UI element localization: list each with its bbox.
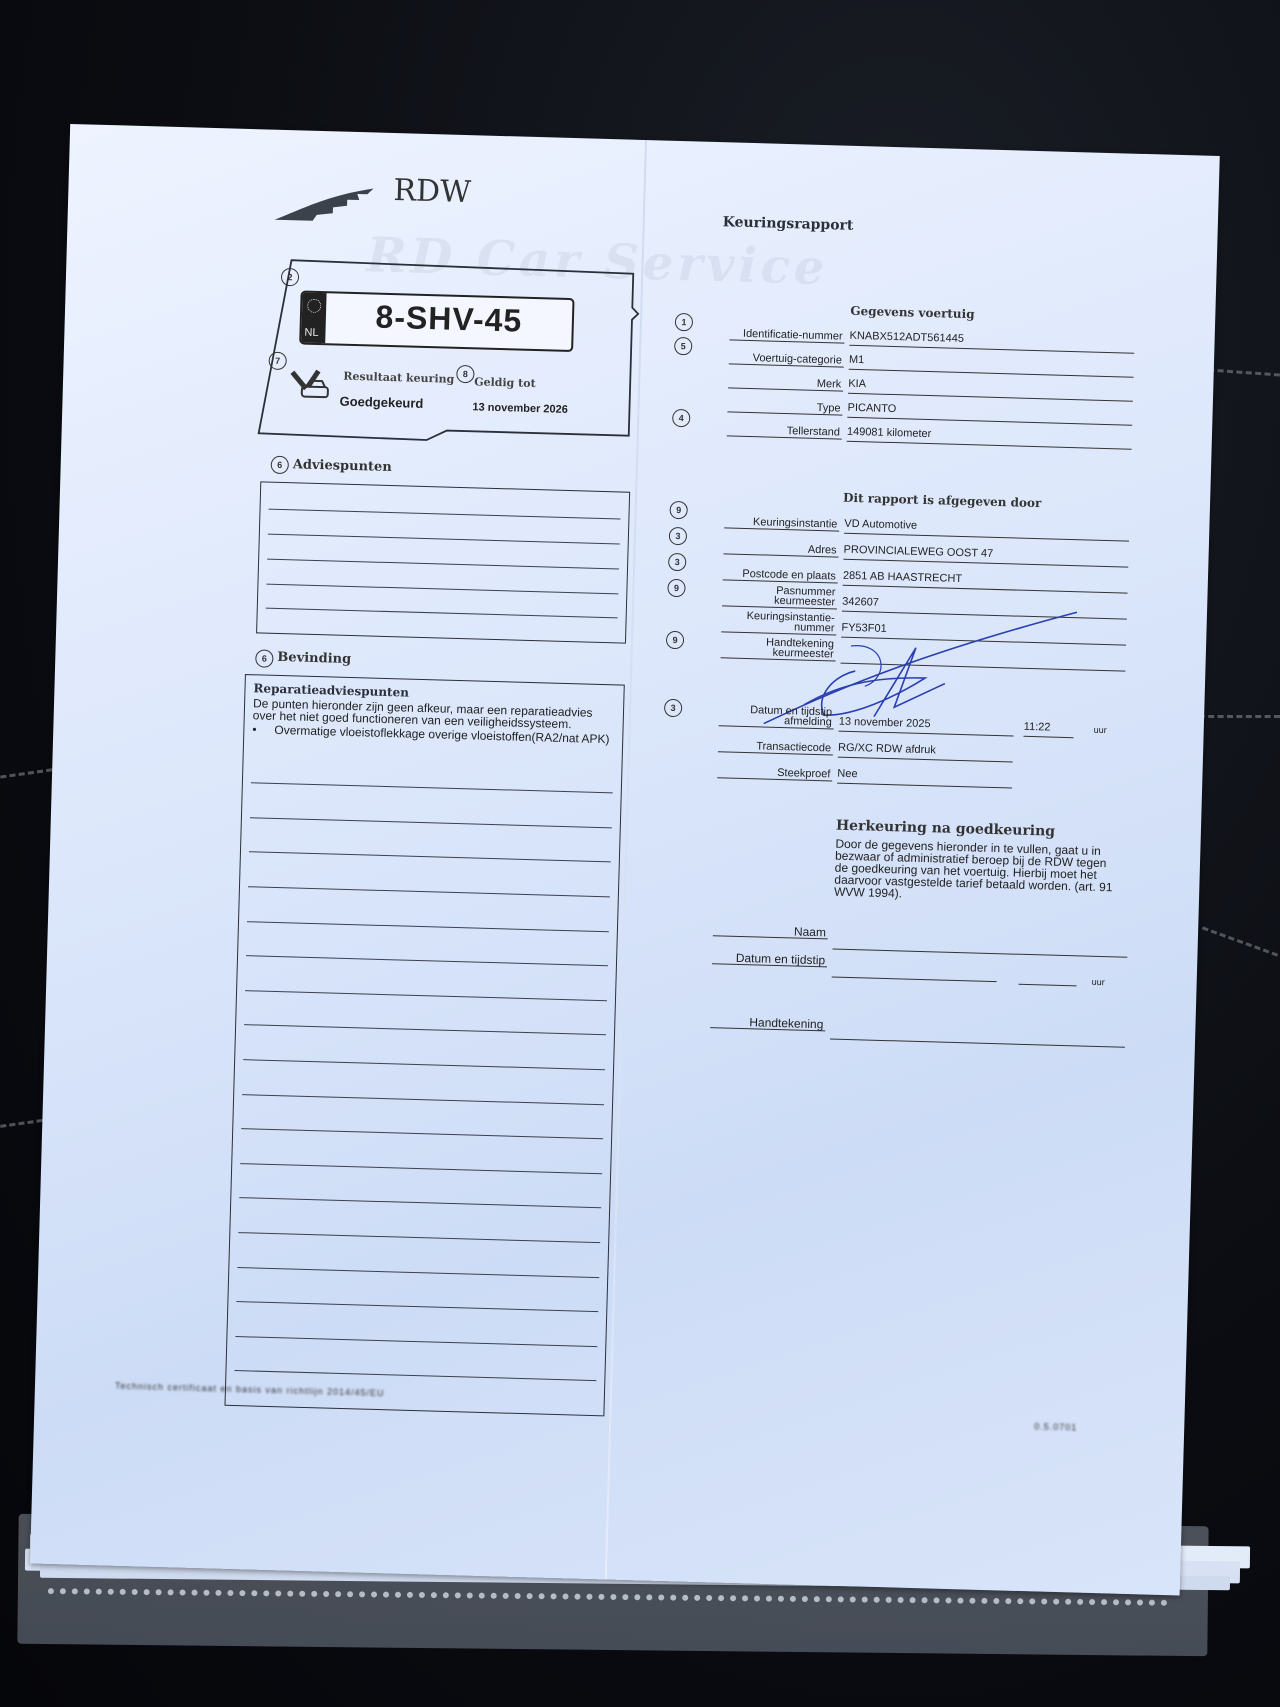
- marker-6: 6: [255, 649, 273, 667]
- seat-stitching: [1202, 926, 1278, 956]
- marker-5: 5: [674, 337, 692, 355]
- report-title: Keuringsrapport: [723, 214, 854, 234]
- car-inspection-icon: [288, 368, 335, 401]
- tijd-input-line[interactable]: [1019, 984, 1077, 987]
- afmelding-date: 13 november 2025: [839, 716, 931, 731]
- marker-9: 9: [667, 579, 685, 597]
- herkeuring-title: Herkeuring na goedkeuring: [836, 818, 1056, 840]
- transactie-value: RG/XC RDW afdruk: [838, 742, 936, 757]
- herkeuring-handtekening-row: Handtekening: [645, 1000, 1116, 1039]
- marker-1: 1: [675, 313, 693, 331]
- rdw-feather-logo: [272, 180, 383, 228]
- datum-input-line[interactable]: [832, 977, 997, 983]
- vehicle-field-value: KIA: [848, 378, 866, 390]
- footer-right: 0.5.0701: [1034, 1421, 1077, 1432]
- adviespunten-title: Adviespunten: [293, 457, 392, 475]
- valid-until-label: Geldig tot: [474, 375, 536, 390]
- herkeuring-text: Door de gegevens hieronder in te vullen,…: [834, 838, 1116, 906]
- logo-text: RDW: [393, 173, 471, 210]
- adviespunten-box: [256, 481, 630, 643]
- marker-9: 9: [669, 501, 687, 519]
- afmelding-time-unit: uur: [1094, 725, 1107, 735]
- bevinding-box: Reparatieadviespunten De punten hieronde…: [224, 674, 624, 1416]
- issuer-field-value: VD Automotive: [844, 518, 917, 532]
- eu-stars-icon: NL: [301, 292, 326, 343]
- afmelding-label: Datum en tijdstip afmelding: [712, 704, 833, 727]
- valid-until-value: 13 november 2026: [472, 401, 568, 416]
- vehicle-field-value: 149081 kilometer: [847, 426, 932, 440]
- marker-9: 9: [666, 631, 684, 649]
- plate-number: 8-SHV-45: [325, 297, 572, 341]
- marker-4: 4: [672, 409, 690, 427]
- license-plate: NL 8-SHV-45: [299, 290, 574, 352]
- result-label: Resultaat keuring: [343, 370, 454, 386]
- marker-8: 8: [456, 365, 474, 383]
- marker-3: 3: [664, 699, 682, 717]
- vehicle-field-value: M1: [849, 354, 865, 366]
- handtekening-input-line[interactable]: [830, 1039, 1125, 1048]
- marker-7: 7: [268, 352, 286, 370]
- steekproef-value: Nee: [837, 768, 858, 781]
- marker-6: 6: [271, 456, 289, 474]
- marker-3: 3: [668, 553, 686, 571]
- herkeuring-time-unit: uur: [1092, 977, 1105, 987]
- country-code: NL: [304, 327, 318, 339]
- bevinding-title: Bevinding: [277, 650, 351, 667]
- plate-section: 2 NL 8-SHV-45 7 Resultaat keuring Goedge…: [267, 260, 640, 440]
- afmelding-time: 11:22: [1024, 721, 1051, 734]
- issuer-field-value: 2851 AB HAASTRECHT: [843, 570, 963, 585]
- marker-3: 3: [669, 527, 687, 545]
- inspection-report-page: RDW RD Car Service Keuringsrapport 2 NL …: [30, 124, 1220, 1596]
- marker-2: 2: [281, 268, 299, 286]
- result-value: Goedgekeurd: [339, 394, 423, 411]
